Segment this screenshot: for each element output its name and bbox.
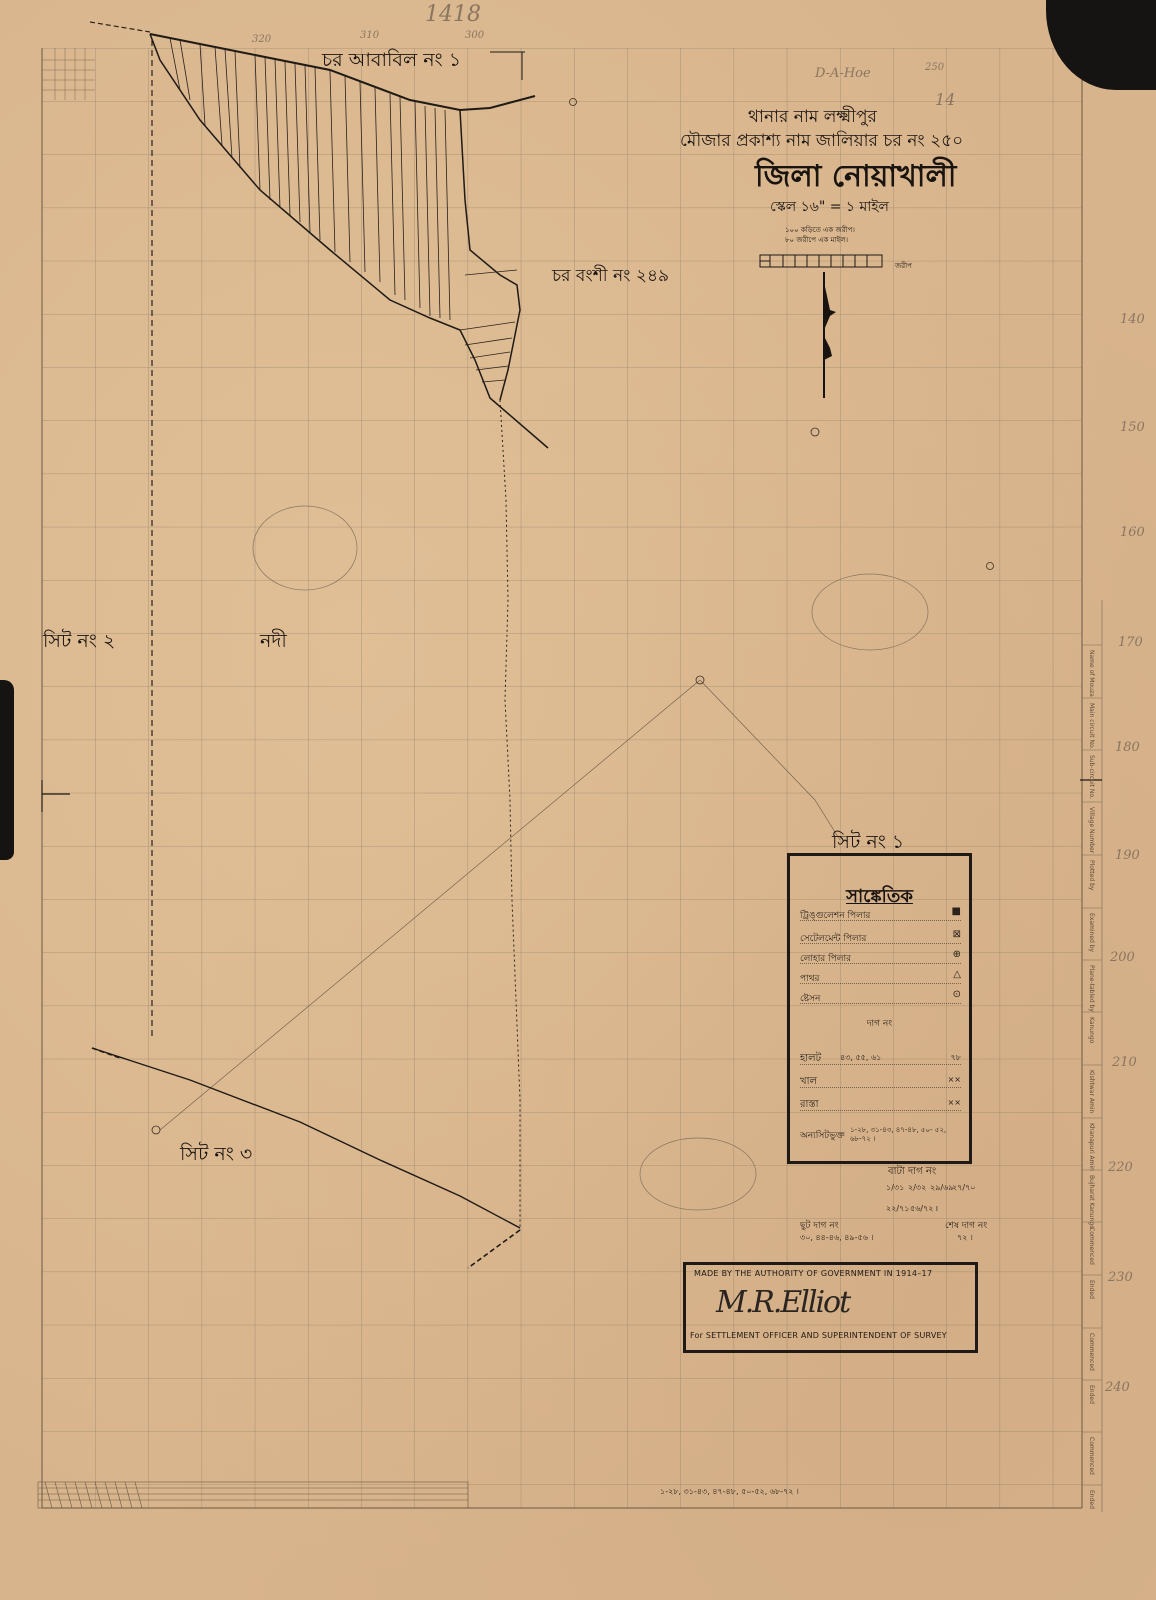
bata-dag-fraction: ২৯/৬৯: [930, 1182, 953, 1195]
margin-header: Plotted by: [1088, 860, 1095, 890]
pencil-note: 1418: [425, 2, 481, 27]
dag-header: দাগ নং: [790, 1016, 969, 1031]
margin-header: Ended: [1088, 1280, 1095, 1299]
torn-edge: [0, 680, 14, 860]
pencil-note: 160: [1120, 525, 1145, 540]
pencil-note: 250: [925, 62, 944, 73]
map-sheet: থানার নাম লক্ষ্মীপুর মৌজার প্রকাশ্য নাম …: [0, 0, 1156, 1600]
margin-header: Main circuit No.: [1088, 703, 1095, 750]
legend-item: লোহার পিলার ⊕: [800, 951, 961, 964]
legend-item: পাথর △: [800, 971, 961, 984]
legend-box: সাঙ্কেতিক ট্রিঙ্গুলেশন পিলার ■ সেটেলমেন্…: [787, 853, 972, 1164]
scale-bar-note-2: ৮০ জরীপে এক মাইল।: [785, 234, 848, 246]
shesh-dag-title: শেষ দাগ নং: [945, 1218, 987, 1233]
chut-dag-value: ৩০, ৪৪-৪৬, ৪৯-৫৬ ।: [800, 1232, 873, 1245]
pencil-note: 320: [252, 34, 271, 45]
margin-header: Commenced: [1088, 1333, 1095, 1371]
bata-dag-fraction: ২/৩২: [908, 1182, 926, 1195]
margin-header: Plane-tabled by: [1088, 965, 1095, 1012]
officer-line: For SETTLEMENT OFFICER AND SUPERINTENDEN…: [690, 1331, 947, 1340]
margin-header: Village Number: [1088, 807, 1095, 853]
pencil-note: D-A-Hoe: [815, 66, 871, 81]
margin-header: Examined by: [1088, 913, 1095, 952]
pencil-note: 190: [1115, 848, 1140, 863]
pencil-note: 200: [1110, 950, 1135, 965]
margin-header: Commenced: [1088, 1227, 1095, 1265]
pencil-note: 150: [1120, 420, 1145, 435]
margin-header: Ended: [1088, 1385, 1095, 1404]
iron-pillar-icon: ⊕: [953, 949, 961, 960]
pencil-note: 300: [465, 30, 484, 41]
authority-line: MADE BY THE AUTHORITY OF GOVERNMENT IN 1…: [694, 1269, 932, 1278]
settlement-pillar-icon: ⊠: [953, 929, 961, 940]
other-sheet-value: ১-২৮, ৩১-৪৩, ৪৭-৪৮, ৫০- ৫২, ৬৮-৭২ ।: [850, 1126, 968, 1144]
pencil-note: 14: [935, 90, 955, 109]
pencil-note: 230: [1108, 1270, 1133, 1285]
pencil-note: 170: [1118, 635, 1143, 650]
adjacent-east-label: চর বংশী নং ২৪৯: [552, 263, 669, 291]
pencil-note: 180: [1115, 740, 1140, 755]
margin-header: Sub-circuit No.: [1088, 755, 1095, 799]
margin-header: Ended: [1088, 1490, 1095, 1509]
pencil-note: 210: [1112, 1055, 1137, 1070]
margin-header: Kishtwar Amin: [1088, 1070, 1095, 1113]
pencil-note: 310: [360, 30, 379, 41]
signature: M.R.Elliot: [716, 1285, 849, 1320]
bata-dag-title: বাটা দাগ নং: [888, 1164, 936, 1181]
dag-row: রাস্তা ××: [800, 1097, 961, 1111]
bata-dag-fraction: ২৭/৭০: [952, 1182, 976, 1195]
dag-row: হালট ৪৩, ৫৫, ৬১ ৭৮: [800, 1051, 961, 1065]
adjacent-west-label: সিট নং ২: [43, 627, 115, 659]
dag-row: খাল ××: [800, 1074, 961, 1088]
bottom-note: ১-২৮, ৩১-৪৩, ৪৭-৪৮, ৫০-৫২, ৬৮-৭২ ।: [660, 1486, 799, 1499]
bata-dag-fraction: ১/৩১: [886, 1182, 904, 1195]
pencil-note: 240: [1105, 1380, 1130, 1395]
triangulation-pillar-icon: ■: [952, 906, 961, 917]
margin-header: Name of Mouza: [1088, 650, 1095, 697]
bata-dag-fraction: ২২/৭১: [886, 1203, 910, 1216]
margin-header: Commenced: [1088, 1437, 1095, 1475]
margin-header: Khanapuri Amin: [1088, 1123, 1095, 1171]
chut-dag-title: ছুট দাগ নং: [800, 1218, 839, 1233]
margin-header: Kanungo: [1088, 1017, 1095, 1043]
scale-text: স্কেল ১৬" = ১ মাইল: [770, 195, 889, 219]
river-label: নদী: [260, 627, 287, 659]
legend-item: ষ্টেসন ⊙: [800, 991, 961, 1004]
adjacent-north-label: চর আবাবিল নং ১: [322, 46, 461, 78]
legend-item: সেটেলমেন্ট পিলার ⊠: [800, 931, 961, 944]
stone-icon: △: [953, 969, 961, 980]
shesh-dag-value: ৭২ ।: [957, 1232, 973, 1245]
other-sheet-label: অন্যসিটভুক্ত: [800, 1128, 845, 1143]
pencil-note: 220: [1108, 1160, 1133, 1175]
legend-item: ট্রিঙ্গুলেশন পিলার ■: [800, 908, 961, 921]
pencil-note: 140: [1120, 312, 1145, 327]
bata-dag-fraction: ৫৬/৭২: [910, 1203, 934, 1216]
adjacent-south-label: সিট নং ৩: [180, 1140, 252, 1172]
margin-header: Bujharat Kanungo: [1088, 1175, 1095, 1229]
scale-bar-unit: জরীপ: [895, 260, 912, 272]
cadastral-map-drawing: [0, 0, 1156, 1600]
authority-box: MADE BY THE AUTHORITY OF GOVERNMENT IN 1…: [683, 1262, 978, 1353]
bata-dag-note: ।: [935, 1203, 938, 1214]
station-icon: ⊙: [953, 989, 961, 1000]
